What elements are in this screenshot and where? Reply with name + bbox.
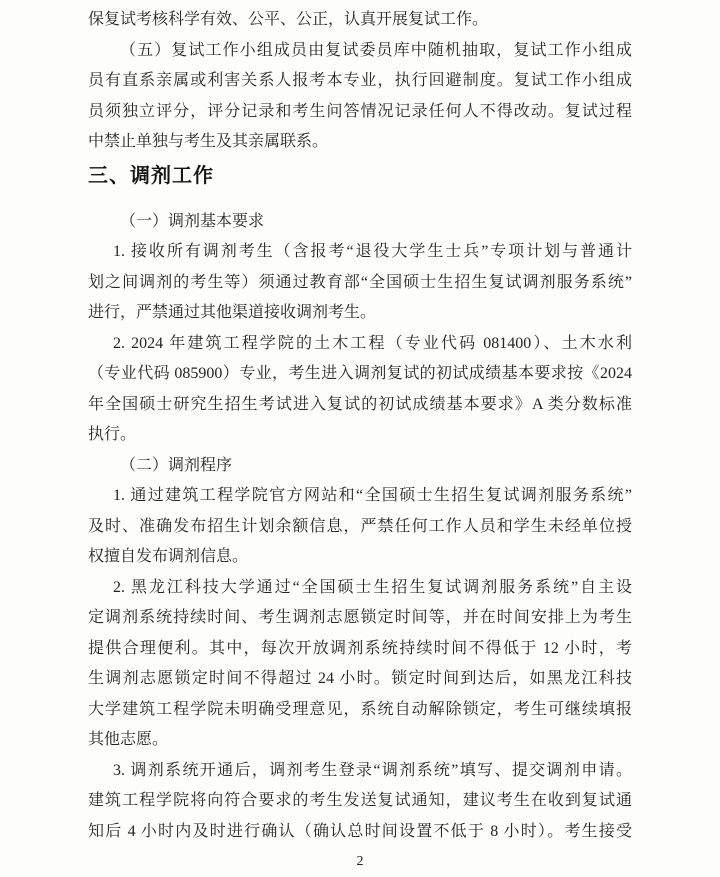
text-line: 进行，严禁通过其他渠道接收调剂考生。	[88, 298, 632, 329]
text-line: 保复试考核科学有效、公平、公正，认真开展复试工作。	[88, 5, 632, 36]
text-line: 权擅自发布调剂信息。	[88, 542, 632, 573]
text-line: 员有直系亲属或利害关系人报考本专业，执行回避制度。复试工作小组成	[88, 66, 632, 97]
text-line: （专业代码 085900）专业，考生进入调剂复试的初试成绩基本要求按《2024	[88, 359, 632, 390]
text-line: 生调剂志愿锁定时间不得超过 24 小时。锁定时间到达后，如黑龙江科技	[88, 664, 632, 695]
text-line: （二）调剂程序	[88, 451, 632, 482]
document-text-block: 保复试考核科学有效、公平、公正，认真开展复试工作。（五）复试工作小组成员由复试委…	[88, 5, 632, 847]
text-line: 执行。	[88, 420, 632, 451]
text-line: 年全国硕士研究生招生考试进入复试的初试成绩基本要求》A 类分数标准	[88, 390, 632, 421]
text-line: 其他志愿。	[88, 725, 632, 756]
text-line: 1. 通过建筑工程学院官方网站和“全国硕士生招生复试调剂服务系统”	[88, 481, 632, 512]
text-line: 定调剂系统持续时间、考生调剂志愿锁定时间等，并在时间安排上为考生	[88, 603, 632, 634]
document-page: 保复试考核科学有效、公平、公正，认真开展复试工作。（五）复试工作小组成员由复试委…	[0, 0, 720, 877]
text-line: 2. 2024 年建筑工程学院的土木工程（专业代码 081400）、土木水利	[88, 329, 632, 360]
text-line: 划之间调剂的考生等）须通过教育部“全国硕士生招生复试调剂服务系统”	[88, 268, 632, 299]
text-line: 知后 4 小时内及时进行确认（确认总时间设置不低于 8 小时）。考生接受	[88, 817, 632, 848]
text-line: 大学建筑工程学院未明确受理意见，系统自动解除锁定，考生可继续填报	[88, 695, 632, 726]
text-line: 建筑工程学院将向符合要求的考生发送复试通知，建议考生在收到复试通	[88, 786, 632, 817]
text-line: （五）复试工作小组成员由复试委员库中随机抽取，复试工作小组成	[88, 36, 632, 67]
text-line: 员须独立评分，评分记录和考生问答情况记录任何人不得改动。复试过程	[88, 97, 632, 128]
text-line: 3. 调剂系统开通后，调剂考生登录“调剂系统”填写、提交调剂申请。	[88, 756, 632, 787]
section-heading: 三、调剂工作	[88, 161, 632, 192]
page-content: 保复试考核科学有效、公平、公正，认真开展复试工作。（五）复试工作小组成员由复试委…	[0, 0, 720, 847]
text-line: 1. 接收所有调剂考生（含报考“退役大学生士兵”专项计划与普通计	[88, 237, 632, 268]
page-number: 2	[0, 852, 720, 872]
text-line: 中禁止单独与考生及其亲属联系。	[88, 127, 632, 158]
text-line: 2. 黑龙江科技大学通过“全国硕士生招生复试调剂服务系统”自主设	[88, 573, 632, 604]
text-line: 及时、准确发布招生计划余额信息，严禁任何工作人员和学生未经单位授	[88, 512, 632, 543]
text-line: （一）调剂基本要求	[88, 207, 632, 238]
text-line: 提供合理便利。其中，每次开放调剂系统持续时间不得低于 12 小时，考	[88, 634, 632, 665]
